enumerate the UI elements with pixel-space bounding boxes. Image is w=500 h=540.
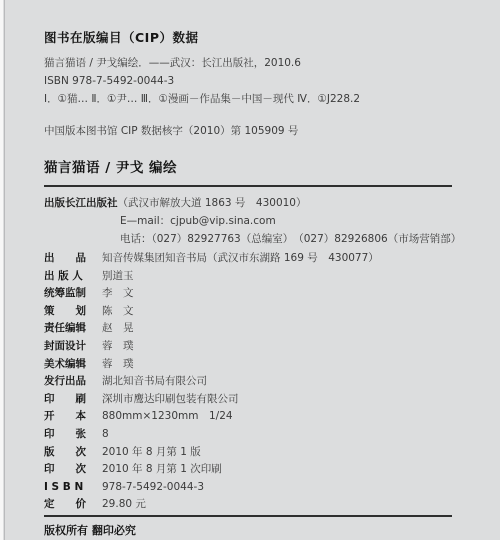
colophon-row-publisher-person: 出 版 人别道玉 [44, 268, 452, 286]
colophon-row-label: 版 次 [44, 444, 102, 462]
colophon-row-isbn: I S B N978-7-5492-0044-3 [44, 479, 452, 497]
colophon-row-label: 出 品 [44, 250, 102, 268]
publisher-address: （武汉市解放大道 1863 号 430010） [118, 197, 307, 209]
colophon-row-produce: 出 品知音传媒集团知音书局（武汉市东湖路 169 号 430077） [44, 250, 452, 268]
colophon-row-value: 陈 文 [102, 305, 134, 317]
colophon-row-planner: 策 划陈 文 [44, 303, 452, 321]
colophon-row-label: I S B N [44, 479, 102, 497]
colophon-row-value: 深圳市鹰达印刷包装有限公司 [102, 393, 239, 405]
colophon-row-format: 开 本880mm×1230mm 1/24 [44, 408, 452, 426]
cip-heading: 图书在版编目（CIP）数据 [44, 30, 452, 45]
publisher-email-line: E—mail：cjpub@vip.sina.com [44, 212, 452, 230]
colophon-row-value: 别道玉 [102, 270, 134, 282]
publisher-phone-line: 电话：（027）82927763（总编室） （027）82926806（市场营销… [44, 230, 452, 248]
footer-divider [44, 515, 452, 517]
book-title: 猫言猫语 / 尹戈 编绘 [44, 160, 452, 177]
cip-classification-line: Ⅰ．①猫… Ⅱ．①尹… Ⅲ．①漫画－作品集－中国－现代 Ⅳ．①J228.2 [44, 90, 452, 108]
colophon-row-cover-design: 封面设计蓉 璞 [44, 338, 452, 356]
colophon-row-label: 印 刷 [44, 391, 102, 409]
colophon-row-value: 蓉 璞 [102, 358, 134, 370]
colophon-row-impression: 印 次2010 年 8 月第 1 次印刷 [44, 461, 452, 479]
cip-title-line: 猫言猫语 / 尹戈编绘．——武汉：长江出版社，2010.6 [44, 54, 452, 72]
publisher-label: 出版长江出版社 [44, 197, 118, 209]
colophon-row-label: 发行出品 [44, 373, 102, 391]
colophon-row-label: 开 本 [44, 408, 102, 426]
colophon-row-value: 湖北知音书局有限公司 [102, 375, 207, 387]
colophon-row-value: 880mm×1230mm 1/24 [102, 410, 233, 422]
colophon-row-value: 2010 年 8 月第 1 次印刷 [102, 463, 222, 475]
colophon-row-label: 出 版 人 [44, 268, 102, 286]
copyright-notice: 版权所有 翻印必究 [44, 523, 452, 538]
colophon-row-sheets: 印 张8 [44, 426, 452, 444]
title-divider [44, 185, 452, 187]
colophon-row-price: 定 价29.80 元 [44, 496, 452, 514]
colophon-row-value: 978-7-5492-0044-3 [102, 481, 204, 493]
publisher-line: 出版长江出版社（武汉市解放大道 1863 号 430010） [44, 194, 452, 212]
colophon-row-value: 8 [102, 428, 109, 440]
colophon-row-label: 责任编辑 [44, 320, 102, 338]
cip-isbn-line: ISBN 978-7-5492-0044-3 [44, 72, 452, 90]
colophon-row-art-editor: 美术编辑蓉 璞 [44, 356, 452, 374]
colophon-rows: 出 品知音传媒集团知音书局（武汉市东湖路 169 号 430077） 出 版 人… [44, 250, 452, 514]
colophon-row-label: 美术编辑 [44, 356, 102, 374]
copyright-page: 图书在版编目（CIP）数据 猫言猫语 / 尹戈编绘．——武汉：长江出版社，201… [0, 0, 500, 538]
colophon-row-label: 封面设计 [44, 338, 102, 356]
colophon-row-supervisor: 统筹监制李 文 [44, 285, 452, 303]
colophon-row-edition: 版 次2010 年 8 月第 1 版 [44, 444, 452, 462]
publisher-block: 出版长江出版社（武汉市解放大道 1863 号 430010） E—mail：cj… [44, 194, 452, 248]
colophon-row-label: 印 次 [44, 461, 102, 479]
colophon-row-label: 定 价 [44, 496, 102, 514]
colophon-row-label: 策 划 [44, 303, 102, 321]
colophon-row-value: 2010 年 8 月第 1 版 [102, 446, 201, 458]
colophon-row-printer: 印 刷深圳市鹰达印刷包装有限公司 [44, 391, 452, 409]
colophon-row-editor: 责任编辑赵 晃 [44, 320, 452, 338]
colophon-row-value: 李 文 [102, 287, 134, 299]
colophon-row-label: 统筹监制 [44, 285, 102, 303]
cip-registration-line: 中国版本图书馆 CIP 数据核字（2010）第 105909 号 [44, 122, 452, 140]
colophon-row-value: 29.80 元 [102, 498, 146, 510]
colophon-row-value: 赵 晃 [102, 322, 134, 334]
colophon-row-value: 蓉 璞 [102, 340, 134, 352]
colophon-row-distributor: 发行出品湖北知音书局有限公司 [44, 373, 452, 391]
colophon-row-label: 印 张 [44, 426, 102, 444]
colophon-row-value: 知音传媒集团知音书局（武汉市东湖路 169 号 430077） [102, 252, 379, 264]
